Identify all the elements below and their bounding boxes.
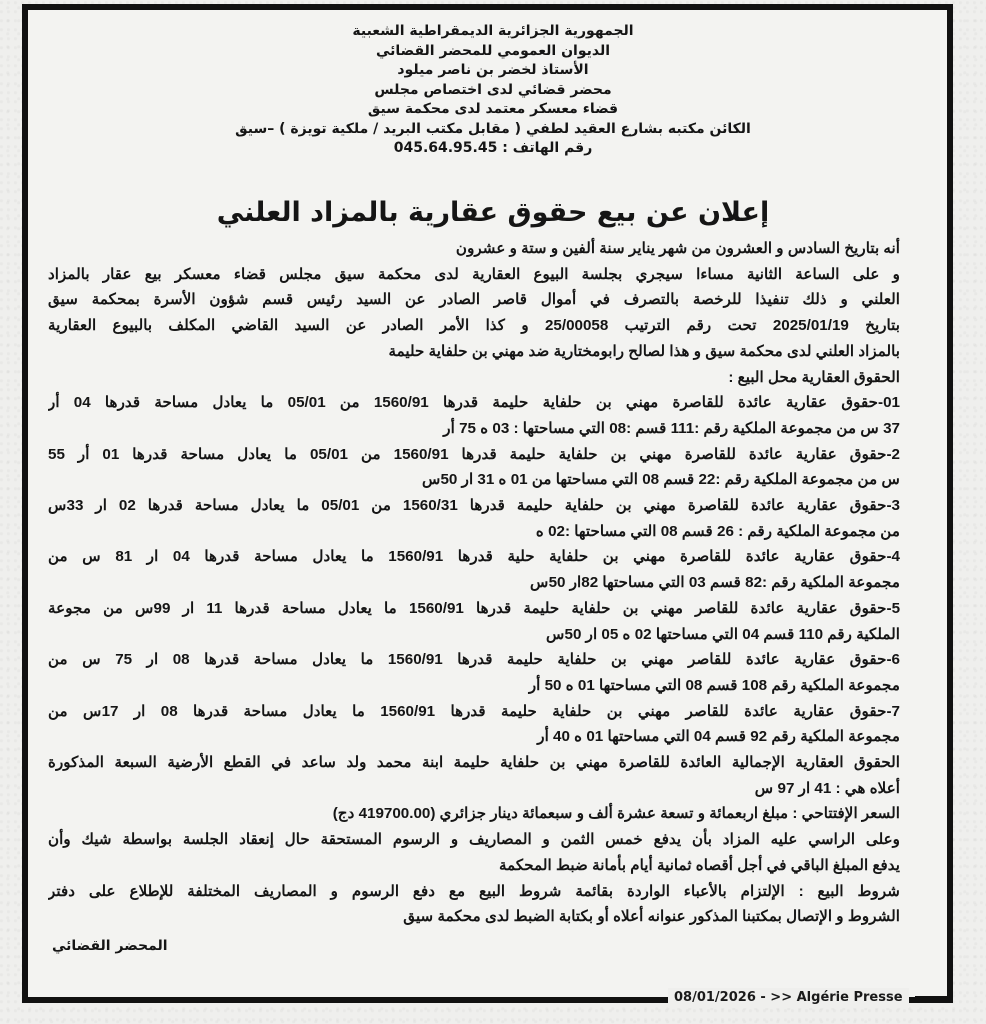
footer-rule — [915, 996, 947, 1002]
payment-terms-cont: يدفع المبلغ الباقي في أجل أقصاه ثمانية أ… — [48, 853, 900, 879]
body-line: أنه بتاريخ السادس و العشرون من شهر يناير… — [48, 236, 900, 262]
body-line-section-heading: الحقوق العقارية محل البيع : — [48, 365, 900, 391]
property-item-3: 3-حقوق عقارية عائدة للقاصرة مهني بن حلفا… — [48, 493, 900, 519]
opening-price: السعر الإفتتاحي : مبلغ اربعمائة و تسعة ع… — [48, 801, 900, 827]
body-line: بالمزاد العلني لدى محكمة سيق و هذا لصالح… — [48, 339, 900, 365]
newspaper-clipping: الجمهورية الجزائرية الديمقراطية الشعبية … — [0, 0, 986, 1024]
header-line-court: قضاء معسكر معتمد لدى محكمة سيق — [0, 100, 986, 120]
property-item-4: 4-حقوق عقارية عائدة للقاصرة مهني بن حلفا… — [48, 544, 900, 570]
property-item-7-cont: مجموعة الملكية رقم 92 قسم 04 التي مساحته… — [48, 724, 900, 750]
property-item-1-cont: 37 س من مجموعة الملكية رقم :111 قسم :08 … — [48, 416, 900, 442]
footer-source: 08/01/2026 - >> Algérie Presse — [668, 988, 909, 1008]
property-item-7: 7-حقوق عقارية عائدة للقاصر مهني بن حلفاي… — [48, 699, 900, 725]
property-item-2-cont: س من مجموعة الملكية رقم :22 قسم 08 التي … — [48, 467, 900, 493]
property-item-1: 01-حقوق عقارية عائدة للقاصرة مهني بن حلف… — [48, 390, 900, 416]
sale-conditions-cont: الشروط و الإتصال بمكتبنا المذكور عنوانه … — [48, 904, 900, 930]
body-line: و على الساعة الثانية مساءا سيجري بجلسة ا… — [48, 262, 900, 288]
notice-title: إعلان عن بيع حقوق عقارية بالمزاد العلني — [0, 196, 986, 230]
header-line-jurisdiction: محضر قضائي لدى اختصاص مجلس — [0, 81, 986, 101]
property-item-5-cont: الملكية رقم 110 قسم 04 التي مساحتها 02 ه… — [48, 622, 900, 648]
sale-conditions: شروط البيع : الإلتزام بالأعباء الواردة ب… — [48, 879, 900, 905]
property-item-6: 6-حقوق عقارية عائدة للقاصر مهني بن حلفاي… — [48, 647, 900, 673]
total-rights-value: أعلاه هي : 41 ار 97 س — [48, 776, 900, 802]
property-item-2: 2-حقوق عقارية عائدة للقاصرة مهني بن حلفا… — [48, 442, 900, 468]
header-line-address: الكائن مكتبه بشارع العقيد لطفي ( مقابل م… — [0, 120, 986, 140]
signature-bailiff: المحضر القضائي — [52, 938, 168, 954]
header-line-republic: الجمهورية الجزائرية الديمقراطية الشعبية — [0, 22, 986, 42]
property-item-3-cont: من مجموعة الملكية رقم : 26 قسم 08 التي م… — [48, 519, 900, 545]
body-line: بتاريخ 2025/01/19 تحت رقم الترتيب 25/000… — [48, 313, 900, 339]
body-line: العلني و ذلك تنفيذا للرخصة بالتصرف في أم… — [48, 287, 900, 313]
notice-header: الجمهورية الجزائرية الديمقراطية الشعبية … — [0, 22, 986, 159]
header-line-office: الديوان العمومي للمحضر القضائي — [0, 42, 986, 62]
total-rights-line: الحقوق العقارية الإجمالية العائدة للقاصر… — [48, 750, 900, 776]
notice-body: أنه بتاريخ السادس و العشرون من شهر يناير… — [48, 236, 900, 930]
property-item-6-cont: مجموعة الملكية رقم 108 قسم 08 التي مساحت… — [48, 673, 900, 699]
header-line-bailiff-name: الأستاذ لخضر بن ناصر ميلود — [0, 61, 986, 81]
property-item-5: 5-حقوق عقارية عائدة للقاصر مهني بن حلفاي… — [48, 596, 900, 622]
header-line-phone: رقم الهاتف : 045.64.95.45 — [0, 139, 986, 159]
payment-terms: وعلى الراسي عليه المزاد بأن يدفع خمس الث… — [48, 827, 900, 853]
property-item-4-cont: مجموعة الملكية رقم :82 قسم 03 التي مساحت… — [48, 570, 900, 596]
